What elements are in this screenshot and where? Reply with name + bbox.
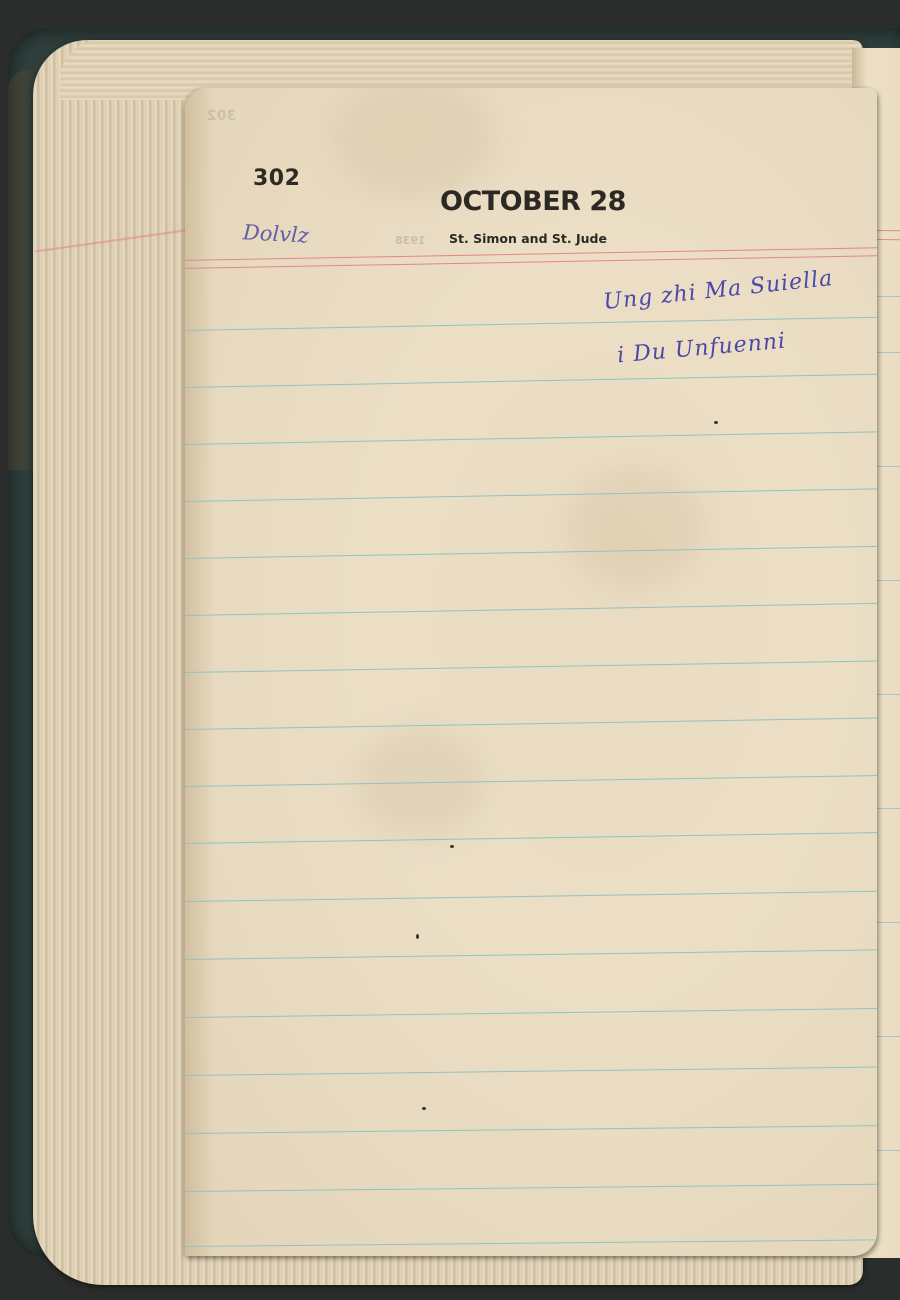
blue-rule xyxy=(185,1125,877,1134)
blue-rule xyxy=(185,603,877,616)
blue-rule xyxy=(185,832,877,844)
blue-rule xyxy=(185,717,877,730)
cover-wear xyxy=(8,70,36,470)
handwritten-entry-line-1: Ung zhi Ma Suiella xyxy=(602,266,834,315)
handwritten-entry-line-2: i Du Unfuenni xyxy=(616,329,787,369)
bleed-through-number: 302 xyxy=(207,108,236,124)
paper-stain xyxy=(335,88,495,198)
paper-stain xyxy=(565,468,705,588)
ink-speck xyxy=(714,421,718,424)
blue-rule xyxy=(185,949,877,960)
blue-rule xyxy=(185,1239,877,1247)
blue-rule xyxy=(185,1184,877,1192)
blue-rule xyxy=(185,660,877,673)
blue-rule xyxy=(185,1008,877,1018)
ink-speck xyxy=(416,934,419,939)
date-heading: OCTOBER 28 xyxy=(440,186,626,217)
blue-rule xyxy=(185,546,877,559)
blue-rule xyxy=(185,431,877,445)
page-edge-red-rule xyxy=(35,216,185,266)
page-number: 302 xyxy=(253,166,300,191)
blue-rule xyxy=(185,890,877,902)
ink-speck xyxy=(450,845,454,848)
ink-speck xyxy=(422,1107,426,1110)
blue-rule xyxy=(185,775,877,787)
feast-day: St. Simon and St. Jude xyxy=(449,231,607,246)
diary-page: 302 1938 302 OCTOBER 28 St. Simon and St… xyxy=(185,88,877,1256)
header-red-double-rule xyxy=(185,247,877,269)
blue-rule xyxy=(185,1066,877,1076)
bleed-through-year: 1938 xyxy=(395,234,426,247)
handwritten-margin-note: Dolvlz xyxy=(242,220,309,247)
blue-rule xyxy=(185,488,877,502)
blue-rule xyxy=(185,373,877,388)
